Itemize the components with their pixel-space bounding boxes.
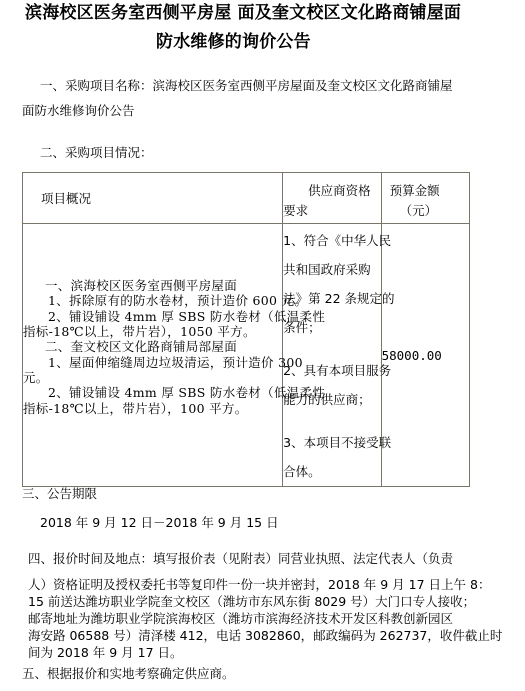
section4-line: 人）资格证明及授权委托书等复印件一份一块并密封，2018 年 9 月 17 日上… xyxy=(28,577,490,594)
overview-line: 1、屋面伸缩缝周边垃圾清运，预计造价 300 xyxy=(23,355,282,370)
section4-line: 邮寄地址为潍坊职业学院滨海校区（潍坊市滨海经济技术开发区科教创新园区 xyxy=(28,611,453,628)
section4-line: 海安路 06588 号）清泽楼 412，电话 3082860，邮政编码为 262… xyxy=(28,628,502,645)
overview-line: 二、奎文校区文化路商铺局部屋面 xyxy=(23,339,282,354)
overview-line: 指标-18℃以上，带片岩），100 平方。 xyxy=(23,401,282,416)
header-supplier-label-2: 要求 xyxy=(283,201,380,221)
supplier-line: 共和国政府采购 xyxy=(283,255,380,284)
header-budget-label-1: 预算金额 xyxy=(382,181,469,201)
document-title-line2: 防水维修的询价公告 xyxy=(156,31,525,53)
supplier-line: 条件； xyxy=(283,313,380,342)
overview-line: 2、铺设铺设 4mm 厚 SBS 防水卷材（低温柔性 xyxy=(23,385,282,400)
overview-line: 指标-18℃以上，带片岩），1050 平方。 xyxy=(23,324,282,339)
section4-line: 四、报价时间及地点：填写报价表（见附表）同营业执照、法定代表人（负责 xyxy=(28,551,453,568)
supplier-line: 3、本项目不接受联 xyxy=(283,428,380,457)
procurement-table: 项目概况 供应商资格 要求 预算金额 （元） 一、滨海校区医务室西侧平房屋面 1… xyxy=(22,172,470,487)
header-budget-label-2: （元） xyxy=(382,201,469,221)
header-overview-label: 项目概况 xyxy=(41,191,91,206)
supplier-line: 合体。 xyxy=(283,457,380,486)
overview-line: 1、拆除原有的防水卷材，预计造价 600 元。 xyxy=(23,293,282,308)
supplier-line: 2、具有本项目服务 xyxy=(283,356,380,385)
overview-line: 一、滨海校区医务室西侧平房屋面 xyxy=(23,278,282,293)
table-header-row: 项目概况 供应商资格 要求 预算金额 （元） xyxy=(23,173,470,224)
header-supplier-label-1: 供应商资格 xyxy=(283,181,380,201)
section1-project-name-cont: 面防水维修询价公告 xyxy=(22,103,135,119)
section4-line: 15 前送达潍坊职业学院奎文校区（潍坊市东风东街 8029 号）大门口专人接收； xyxy=(28,594,475,611)
section3-date-range: 2018 年 9 月 12 日－2018 年 9 月 15 日 xyxy=(40,515,279,531)
supplier-line: 能力的供应商； xyxy=(283,385,380,414)
section3-heading: 三、公告期限 xyxy=(22,486,97,502)
supplier-line: 法》第 22 条规定的 xyxy=(283,284,380,313)
header-supplier-requirements: 供应商资格 要求 xyxy=(283,173,381,224)
section4-line: 间为 2018 年 9 月 17 日。 xyxy=(28,645,183,662)
document-title-line1: 滨海校区医务室西侧平房屋 面及奎文校区文化路商铺屋面 xyxy=(25,2,525,24)
header-budget: 预算金额 （元） xyxy=(381,173,469,224)
section2-heading: 二、采购项目情况： xyxy=(40,145,153,161)
section1-project-name: 一、采购项目名称：滨海校区医务室西侧平房屋面及奎文校区文化路商铺屋 xyxy=(40,78,453,94)
supplier-line: 1、符合《中华人民 xyxy=(283,226,380,255)
overview-line: 2、铺设铺设 4mm 厚 SBS 防水卷材（低温柔性 xyxy=(23,309,282,324)
section5-text: 五、根据报价和实地考察确定供应商。 xyxy=(22,666,235,682)
header-overview: 项目概况 xyxy=(23,173,283,224)
budget-value: 58000.00 xyxy=(382,348,442,363)
cell-budget-amount: 58000.00 xyxy=(381,224,469,487)
table-row: 一、滨海校区医务室西侧平房屋面 1、拆除原有的防水卷材，预计造价 600 元。 … xyxy=(23,224,470,487)
cell-project-overview: 一、滨海校区医务室西侧平房屋面 1、拆除原有的防水卷材，预计造价 600 元。 … xyxy=(23,224,283,487)
overview-line: 元。 xyxy=(23,370,282,385)
